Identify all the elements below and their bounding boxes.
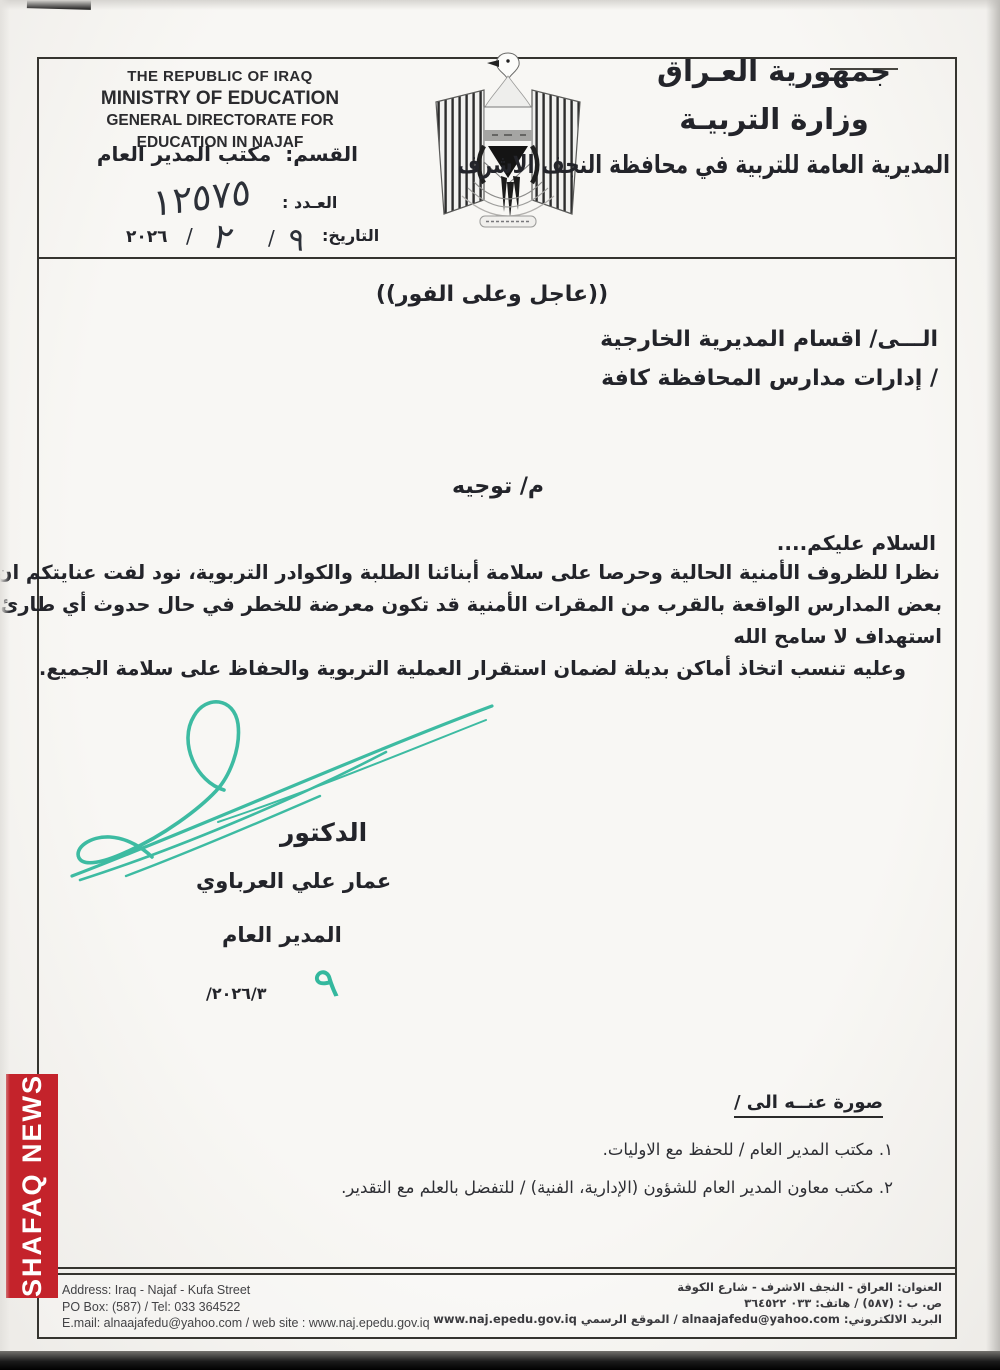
letterhead-ar-ministry: وزارة التربيـة: [598, 102, 950, 136]
letterhead-ar-republic: جمهورية العـراق: [598, 54, 950, 88]
signature-ink: [68, 690, 504, 886]
cc-item-2: ٢. مكتب معاون المدير العام للشؤون (الإدا…: [341, 1178, 893, 1197]
scan-edge-top: [0, 0, 1000, 10]
section-label: القسم:: [285, 142, 358, 166]
footer-email-ar: البريد الالكتروني: alnaajafedu@yahoo.com…: [433, 1311, 942, 1327]
letterhead-line-directorate: GENERAL DIRECTORATE FOR: [52, 110, 388, 132]
scan-edge-right: [986, 0, 1000, 1370]
scan-edge-left: [0, 0, 10, 1370]
scanned-letter-page: THE REPUBLIC OF IRAQ MINISTRY OF EDUCATI…: [0, 0, 1000, 1370]
signature-date-day-handwritten: ٩: [309, 956, 343, 1011]
number-handwritten-value: ١٢٥٧٥: [152, 170, 251, 225]
eagle-emblem-graphic: [428, 50, 588, 232]
footer-address-en: Address: Iraq - Najaf - Kufa Street: [62, 1282, 430, 1299]
shafaq-news-banner: SHAFAQ NEWS: [6, 1074, 58, 1298]
shafaq-news-banner-text: SHAFAQ NEWS: [17, 1074, 48, 1297]
date-year: ٢٠٢٦: [126, 227, 168, 247]
section-value: مكتب المدير العام: [97, 142, 271, 166]
letterhead-line-republic: THE REPUBLIC OF IRAQ: [52, 66, 388, 88]
header-divider-rule: [37, 257, 957, 259]
footer-pobox-en: PO Box: (587) / Tel: 033 364522: [62, 1299, 430, 1316]
footer-email-en: E.mail: alnaajafedu@yahoo.com / web site…: [62, 1315, 430, 1332]
iraq-coat-of-arms: [428, 50, 588, 232]
addressee-line-1: الـــى/ اقسام المديرية الخارجية: [600, 327, 938, 352]
subject-line: م/ توجيه: [452, 474, 544, 499]
date-day-handwritten: ٩: [286, 221, 308, 259]
urgency-note: ((عاجل وعلى الفور)): [340, 282, 644, 307]
footer-pobox-ar: ص. ب : (٥٨٧) / هاتف: ٠٣٣ ٣٦٤٥٢٢: [433, 1295, 942, 1311]
date-separator: /: [186, 224, 193, 248]
number-label: العـدد :: [282, 193, 337, 212]
signature-date-printed: ٢٠٢٦/٣/: [206, 984, 267, 1003]
cc-heading: صورة عنــه الى /: [734, 1092, 883, 1118]
footer-top-rule: [37, 1267, 957, 1269]
signatory-position: المدير العام: [222, 923, 342, 947]
body-line-3: استهداف لا سامح الله: [733, 625, 942, 648]
salutation: السلام عليكم....: [777, 531, 936, 555]
frame-right-rule: [955, 57, 957, 1273]
signatory-title: الدكتور: [280, 818, 367, 847]
date-month-handwritten: ٢: [209, 216, 238, 259]
letterhead-arabic: جمهورية العـراق وزارة التربيـة المديرية …: [598, 54, 950, 176]
body-line-1: نظرا للظروف الأمنية الحالية وحرصا على سل…: [0, 561, 940, 584]
footer-english: Address: Iraq - Najaf - Kufa Street PO B…: [62, 1282, 430, 1332]
letterhead-line-ministry: MINISTRY OF EDUCATION: [52, 88, 388, 110]
body-line-4: وعليه تنسب اتخاذ أماكن بديلة لضمان استقر…: [39, 657, 906, 680]
body-line-2: بعض المدارس الواقعة بالقرب من المقرات ال…: [0, 593, 942, 616]
section-field: القسم: مكتب المدير العام: [108, 142, 358, 166]
date-separator: /: [268, 226, 275, 250]
cc-item-1: ١. مكتب المدير العام / للحفظ مع الاوليات…: [603, 1140, 893, 1159]
letterhead-ar-directorate: المديرية العامة للتربية في محافظة النجف …: [598, 149, 950, 179]
scan-bottom-shadow: [0, 1351, 1000, 1370]
addressee-line-2: / إدارات مدارس المحافظة كافة: [601, 366, 938, 391]
footer-address-ar: العنوان: العراق - النجف الاشرف - شارع ال…: [433, 1279, 942, 1295]
signatory-name: عمار علي العرباوي: [196, 869, 391, 893]
letterhead-english: THE REPUBLIC OF IRAQ MINISTRY OF EDUCATI…: [52, 66, 388, 154]
date-label: التاريخ:: [322, 226, 379, 245]
footer-arabic: العنوان: العراق - النجف الاشرف - شارع ال…: [433, 1279, 942, 1327]
